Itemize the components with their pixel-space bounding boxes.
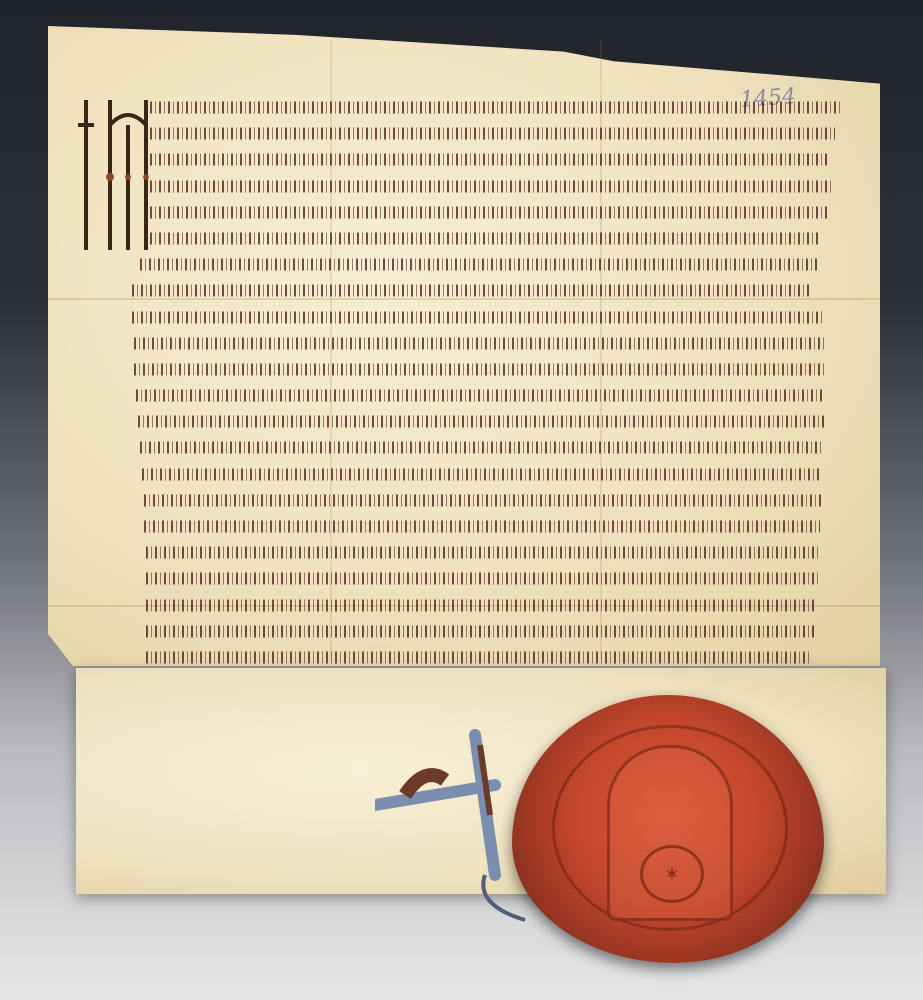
seal-cord [375, 725, 535, 925]
decorated-initial [72, 95, 152, 255]
manuscript-text [150, 95, 840, 671]
star-icon: ✶ [640, 845, 704, 903]
